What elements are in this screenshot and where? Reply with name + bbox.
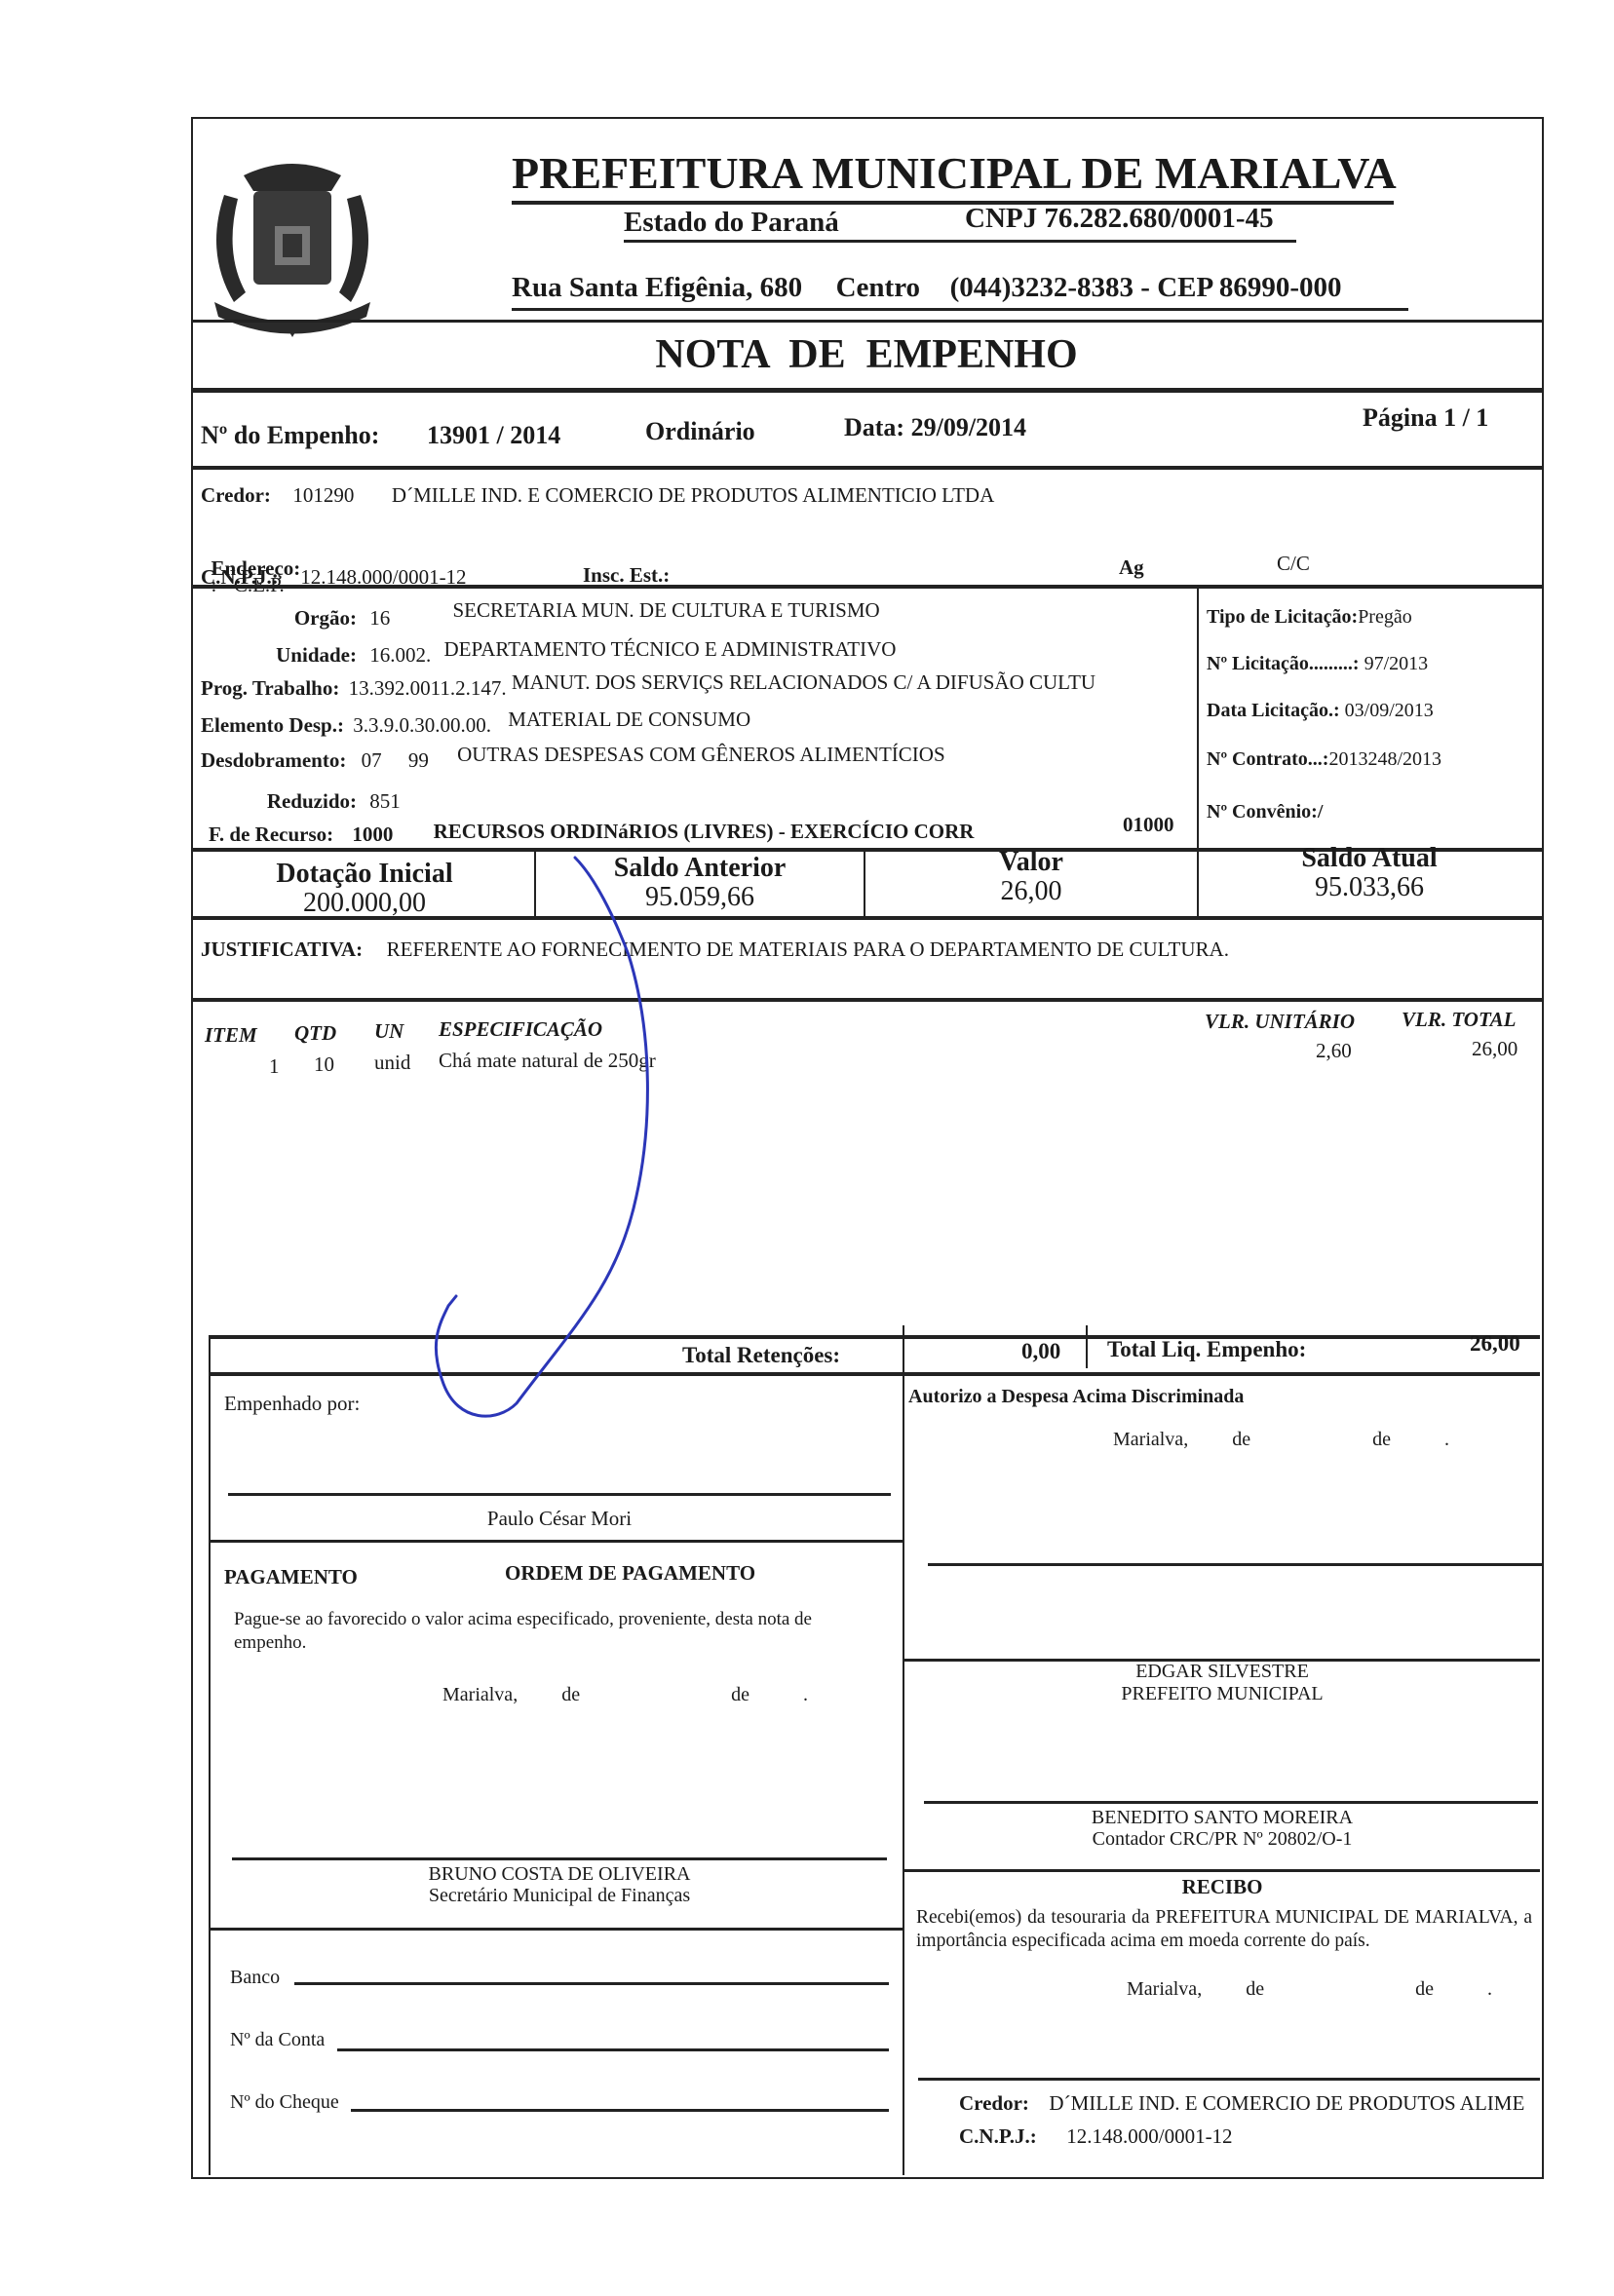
bank-field[interactable]: Banco (230, 1967, 889, 1989)
state-underline (624, 240, 1296, 243)
date-value: 29/09/2014 (911, 413, 1026, 441)
page-value: 1 / 1 (1443, 403, 1488, 432)
recibo-cnpj-value: 12.148.000/0001-12 (1066, 2124, 1232, 2148)
cell-item: 1 (269, 1054, 280, 1079)
unidade-row: Unidade: 16.002. DEPARTAMENTO TÉCNICO E … (201, 643, 896, 668)
financas-name: BRUNO COSTA DE OLIVEIRA (232, 1863, 887, 1885)
divider (191, 916, 1542, 920)
header-address: Rua Santa Efigênia, 680 Centro (044)3232… (512, 272, 1342, 304)
city: Marialva, (442, 1684, 518, 1705)
balance-label: Saldo Atual (1199, 844, 1540, 873)
reduzido-label: Reduzido: (201, 789, 357, 814)
prog-trabalho-code: 13.392.0011.2.147. (345, 676, 507, 700)
empenho-type: Ordinário (645, 417, 755, 446)
contador-role: Contador CRC/PR Nº 20802/O-1 (904, 1828, 1540, 1850)
unidade-desc: DEPARTAMENTO TÉCNICO E ADMINISTRATIVO (437, 637, 897, 661)
empenhado-por-label: Empenhado por: (224, 1392, 360, 1416)
column-divider (1197, 587, 1199, 852)
recurso-code: 1000 (338, 823, 393, 846)
bank-label: Banco (230, 1967, 280, 1988)
cell-total: 26,00 (1472, 1037, 1518, 1061)
contador-signature: BENEDITO SANTO MOREIRA Contador CRC/PR N… (904, 1807, 1540, 1850)
balance-valor: Valor 26,00 (865, 848, 1197, 906)
document-title: NOTA DE EMPENHO (191, 331, 1542, 378)
total-liquido-label: Total Liq. Empenho: (1107, 1337, 1306, 1362)
balance-saldo-atual: Saldo Atual 95.033,66 (1199, 844, 1540, 902)
unidade-label: Unidade: (201, 643, 357, 668)
account-number-label: Nº da Conta (230, 2029, 325, 2050)
coat-of-arms-icon: MARIALVA (195, 156, 390, 341)
agency-label: Ag (1119, 555, 1144, 580)
de-text: de (1193, 1429, 1250, 1450)
de-text: de (1207, 1978, 1264, 2000)
credor-label: Credor: (201, 483, 271, 507)
column-divider (903, 1372, 904, 2175)
street-address: Rua Santa Efigênia, 680 (512, 272, 802, 303)
credor-row: Credor: 101290 D´MILLE IND. E COMERCIO D… (201, 483, 994, 508)
licitacao-date-value: 03/09/2013 (1345, 700, 1434, 721)
city: Marialva, (1127, 1978, 1202, 2000)
orgao-desc: SECRETARIA MUN. DE CULTURA E TURISMO (453, 598, 880, 622)
dot: . (1396, 1429, 1449, 1450)
cell-qtd: 10 (314, 1052, 334, 1077)
recurso-code2: 01000 (1123, 813, 1174, 837)
divider (209, 1372, 1540, 1376)
recibo-text: Recebi(emos) da tesouraria da PREFEITURA… (916, 1906, 1532, 1953)
municipality-title: PREFEITURA MUNICIPAL DE MARIALVA (512, 146, 1394, 205)
divider (904, 1869, 1540, 1872)
col-header-total: VLR. TOTAL (1402, 1008, 1516, 1032)
orgao-label: Orgão: (201, 606, 357, 631)
elemento-label: Elemento Desp.: (201, 713, 344, 737)
contract-number-value: 2013248/2013 (1328, 748, 1441, 770)
prefeito-role: PREFEITO MUNICIPAL (904, 1683, 1540, 1705)
state-name: Estado do Paraná (624, 207, 839, 239)
divider (191, 320, 1542, 323)
pagamento-label: PAGAMENTO (224, 1565, 358, 1589)
licitacao-date: Data Licitação.: 03/09/2013 (1207, 700, 1434, 722)
city: Marialva, (1113, 1429, 1188, 1450)
convenio-number: Nº Convênio:/ (1207, 801, 1323, 823)
ordem-pagamento-title: ORDEM DE PAGAMENTO (505, 1561, 755, 1586)
ordem-pagamento-text: Pague-se ao favorecido o valor acima esp… (234, 1608, 877, 1655)
credor-code: 101290 (292, 483, 354, 507)
credor-name: D´MILLE IND. E COMERCIO DE PRODUTOS ALIM… (392, 483, 994, 507)
licitacao-type: Tipo de Licitação:Pregão (1207, 606, 1412, 629)
recibo-credor-name: D´MILLE IND. E COMERCIO DE PRODUTOS ALIM… (1049, 2091, 1524, 2115)
divider (209, 1540, 904, 1543)
recibo-cnpj: C.N.P.J.: 12.148.000/0001-12 (959, 2124, 1233, 2149)
licitacao-date-label: Data Licitação.: (1207, 700, 1340, 721)
svg-text:MARIALVA: MARIALVA (265, 306, 320, 318)
balance-value: 26,00 (865, 877, 1197, 906)
page-label: Página (1363, 403, 1438, 432)
licitacao-type-value: Pregão (1358, 606, 1412, 628)
cell-un: unid (374, 1051, 410, 1075)
autorizo-label: Autorizo a Despesa Acima Discriminada (908, 1386, 1244, 1408)
contract-number-label: Nº Contrato...: (1207, 748, 1328, 770)
authorization-date-line: Marialva, de de . (1113, 1429, 1449, 1451)
balance-label: Valor (865, 848, 1197, 877)
contract-number: Nº Contrato...:2013248/2013 (1207, 748, 1441, 771)
table-row: 1 10 unid Chá mate natural de 250gr 2,60… (201, 1039, 1536, 1078)
payment-date-line: Marialva, de de . (442, 1684, 808, 1706)
total-retencoes-value: 0,00 (1021, 1339, 1060, 1364)
desdobramento-row: Desdobramento: 07 99 OUTRAS DESPESAS COM… (201, 748, 945, 773)
licitacao-number-label: Nº Licitação.........: (1207, 653, 1360, 674)
justificativa-label: JUSTIFICATIVA: (201, 938, 363, 961)
signature-line (232, 1857, 887, 1860)
orgao-row: Orgão: 16 SECRETARIA MUN. DE CULTURA E T… (201, 606, 880, 631)
account-label: C/C (1277, 552, 1310, 576)
phone-number: (044)3232-8383 (950, 272, 1134, 303)
prefeito-name: EDGAR SILVESTRE (904, 1661, 1540, 1683)
divider (191, 998, 1542, 1002)
municipality-cnpj: CNPJ 76.282.680/0001-45 (965, 203, 1274, 235)
reduzido-code: 851 (362, 789, 401, 813)
prog-trabalho-row: Prog. Trabalho: 13.392.0011.2.147. MANUT… (201, 676, 1095, 701)
desdobramento-label: Desdobramento: (201, 748, 346, 772)
empenho-date: Data: 29/09/2014 (844, 413, 1026, 442)
cheque-number-field[interactable]: Nº do Cheque (230, 2091, 889, 2114)
col-header-unit-price: VLR. UNITÁRIO (1205, 1010, 1355, 1034)
divider (191, 466, 1542, 470)
recibo-credor: Credor: D´MILLE IND. E COMERCIO DE PRODU… (959, 2091, 1524, 2116)
financas-signature: BRUNO COSTA DE OLIVEIRA Secretário Munic… (232, 1863, 887, 1906)
recibo-credor-label: Credor: (959, 2091, 1029, 2115)
desdobramento-desc: OUTRAS DESPESAS COM GÊNEROS ALIMENTÍCIOS (434, 743, 945, 766)
elemento-row: Elemento Desp.: 3.3.9.0.30.00.00. MATERI… (201, 713, 750, 738)
handwritten-signature (419, 838, 731, 1442)
postal-code: CEP 86990-000 (1157, 272, 1341, 303)
signature-line (228, 1493, 891, 1496)
cheque-number-label: Nº do Cheque (230, 2091, 339, 2113)
divider (191, 585, 1542, 589)
reduzido-row: Reduzido: 851 (201, 789, 401, 814)
address-underline (512, 308, 1408, 311)
de-text: de (585, 1684, 749, 1705)
prefeito-signature: EDGAR SILVESTRE PREFEITO MUNICIPAL (904, 1661, 1540, 1705)
de-text: de (522, 1684, 580, 1705)
prog-trabalho-desc: MANUT. DOS SERVIÇS RELACIONADOS C/ A DIF… (512, 670, 1095, 694)
account-number-field[interactable]: Nº da Conta (230, 2029, 889, 2051)
desdobramento-code: 07 (352, 748, 382, 772)
elemento-code: 3.3.9.0.30.00.00. (349, 713, 491, 737)
financas-role: Secretário Municipal de Finanças (232, 1885, 887, 1906)
licitacao-number: Nº Licitação.........: 97/2013 (1207, 653, 1428, 675)
signature-line (918, 2078, 1540, 2081)
cell-unit-price: 2,60 (1316, 1039, 1352, 1063)
divider (209, 1335, 1540, 1339)
page-indicator: Página 1 / 1 (1363, 403, 1488, 433)
column-divider (1086, 1325, 1088, 1368)
de-text: de (1255, 1429, 1391, 1450)
receipt-date-line: Marialva, de de . (1127, 1978, 1492, 2001)
signature-line (924, 1801, 1538, 1804)
divider (209, 1928, 904, 1931)
total-liquido-value: 26,00 (1470, 1331, 1520, 1357)
date-label: Data: (844, 413, 904, 441)
licitacao-type-label: Tipo de Licitação: (1207, 606, 1358, 628)
dot: . (754, 1684, 808, 1705)
recibo-cnpj-label: C.N.P.J.: (959, 2124, 1037, 2148)
recurso-label: F. de Recurso: (209, 823, 333, 846)
empenho-number-label: Nº do Empenho: (201, 421, 379, 450)
dot: . (1439, 1978, 1492, 2000)
separator: - (1140, 272, 1150, 303)
licitacao-number-value: 97/2013 (1364, 653, 1429, 674)
divider (191, 388, 1542, 393)
orgao-code: 16 (362, 606, 447, 631)
desdobramento-subcode: 99 (387, 748, 429, 772)
empenho-number: 13901 / 2014 (427, 421, 560, 450)
unidade-code: 16.002. (362, 643, 431, 667)
prog-trabalho-label: Prog. Trabalho: (201, 676, 339, 700)
elemento-desc: MATERIAL DE CONSUMO (496, 708, 750, 731)
de-text: de (1269, 1978, 1434, 2000)
balance-value: 95.033,66 (1199, 873, 1540, 902)
recibo-title: RECIBO (904, 1875, 1540, 1899)
signature-line (928, 1563, 1542, 1566)
column-divider (209, 1335, 211, 2175)
district: Centro (836, 272, 920, 303)
empenhado-por-name: Paulo César Mori (228, 1507, 891, 1531)
contador-name: BENEDITO SANTO MOREIRA (904, 1807, 1540, 1828)
